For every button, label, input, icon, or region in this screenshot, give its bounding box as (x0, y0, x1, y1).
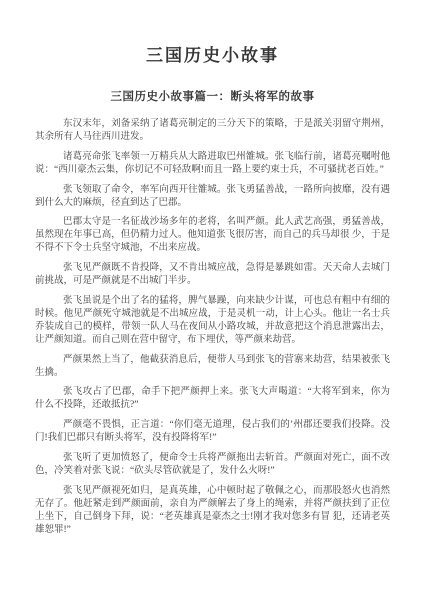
document-page: 三国历史小故事 三国历史小故事篇一：断头将军的故事 东汉末年，刘备采纳了诸葛亮制… (0, 0, 424, 600)
paragraph: 严颜毫不畏惧，正言道：“你们毫无道理，侵占我们的’州郡还要我们投降。没门!我们巴… (35, 419, 390, 445)
document-body: 东汉末年，刘备采纳了诸葛亮制定的三分天下的策略，于是派关羽留守荆州，其余所有人马… (35, 118, 390, 536)
document-title: 三国历史小故事 (35, 45, 390, 67)
paragraph: 张飞攻占了巴郡，命手下把严颜押上来。张飞大声喝道：“大将军到来，你为什么不投降，… (35, 386, 390, 412)
paragraph: 张飞见严颜视死如归，是真英雄，心中顿时起了敬佩之心，而那股怒火也消然无存了。他赶… (35, 485, 390, 537)
paragraph: 张飞虽说是个出了名的猛将，脾气暴躁，向来缺少计谋，可也总有粗中有细的时候。他见严… (35, 295, 390, 347)
paragraph: 张飞听了更加愤怒了，便命令士兵将严颜拖出去斩首。严颜面对死亡，面不改色，冷笑着对… (35, 452, 390, 478)
section-heading: 三国历史小故事篇一：断头将军的故事 (35, 90, 390, 105)
paragraph: 诸葛亮命张飞率领一万精兵从大路进取巴州雒城。张飞临行前，诸葛亮嘱咐他说：“西川豪… (35, 151, 390, 177)
paragraph: 张飞领取了命令，率军向西开往雒城。张飞勇猛善战，一路所向披靡，没有遇到什么大的麻… (35, 184, 390, 210)
paragraph: 严颜果然上当了，他截获消息后，便带人马到张飞的营寨来劫营，结果被张飞生擒。 (35, 354, 390, 380)
paragraph: 东汉末年，刘备采纳了诸葛亮制定的三分天下的策略，于是派关羽留守荆州，其余所有人马… (35, 118, 390, 144)
paragraph: 张飞见严颜既不肯投降，又不肯出城应战，急得是暴跳如雷。天天命人去城门前挑战，可是… (35, 262, 390, 288)
paragraph: 巴郡太守是一名征战沙场多年的老将，名叫严颜。此人武艺高强，勇猛善战，虽然现在年事… (35, 216, 390, 255)
